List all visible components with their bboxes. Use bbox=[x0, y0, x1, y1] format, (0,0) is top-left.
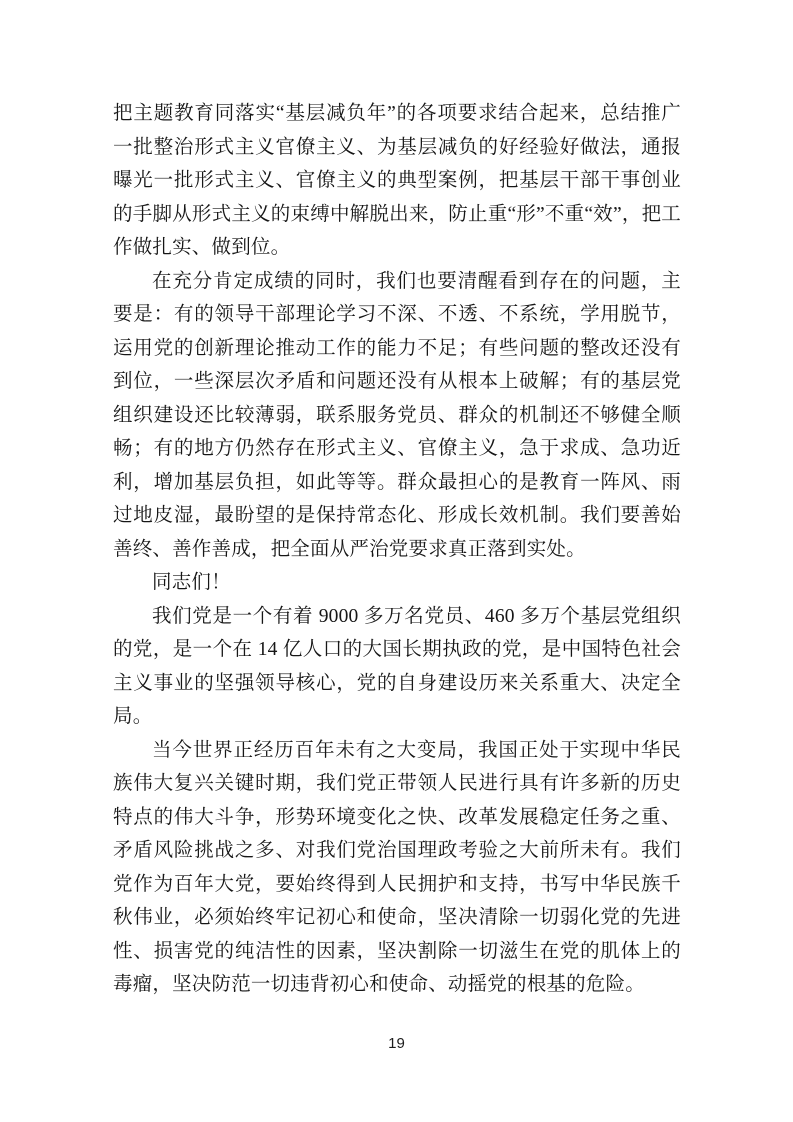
document-body: 把主题教育同落实“基层减负年”的各项要求结合起来，总结推广一批整治形式主义官僚主… bbox=[113, 97, 681, 1002]
paragraph-world-changes: 当今世界正经历百年未有之大变局，我国正处于实现中华民族伟大复兴关键时期，我们党正… bbox=[113, 734, 681, 1002]
paragraph-problems: 在充分肯定成绩的同时，我们也要清醒看到存在的问题，主要是：有的领导干部理论学习不… bbox=[113, 265, 681, 567]
paragraph-party-scale: 我们党是一个有着 9000 多万名党员、460 多万个基层党组织的党，是一个在 … bbox=[113, 600, 681, 734]
paragraph-continuation: 把主题教育同落实“基层减负年”的各项要求结合起来，总结推广一批整治形式主义官僚主… bbox=[113, 97, 681, 265]
paragraph-salutation: 同志们！ bbox=[113, 566, 681, 600]
document-page: 把主题教育同落实“基层减负年”的各项要求结合起来，总结推广一批整治形式主义官僚主… bbox=[0, 0, 793, 1122]
page-number: 19 bbox=[0, 1034, 793, 1054]
